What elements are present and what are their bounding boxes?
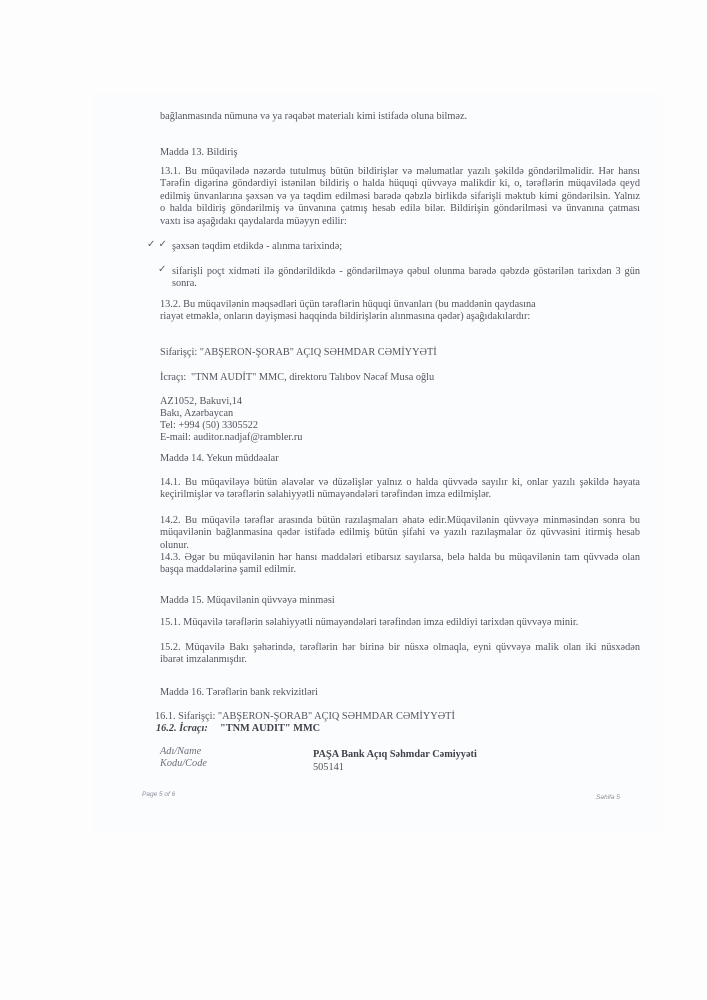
bank-name-label: Adı/Name <box>160 746 201 759</box>
article-14-2-paragraph: 14.2. Bu müqavilə tərəflər arasında bütü… <box>160 515 640 552</box>
bank-name-value: PAŞA Bank Açıq Səhmdar Cəmiyyəti <box>313 749 477 762</box>
contractor-label: İcraçı: <box>160 372 186 385</box>
bank-customer-line: 16.1. Sifarişçi: "ABŞERON-ŞORAB" AÇIQ SƏ… <box>155 711 455 724</box>
article-13-2-paragraph: 13.2. Bu müqavilənin məqsədləri üçün tər… <box>160 299 590 324</box>
article-15-heading: Maddə 15. Müqavilənin qüvvəyə minməsi <box>160 595 335 608</box>
bullet-item: sifarişli poçt xidməti ilə göndərildikdə… <box>172 266 640 291</box>
text-line: müqavilənin bağlanmasina qədər istifadə … <box>160 527 640 539</box>
text-line: 13.2. Bu müqavilənin məqsədləri üçün tər… <box>160 299 590 311</box>
bank-code-label: Kodu/Code <box>160 758 207 771</box>
text-line: başqa maddələrinə şamil edilmir. <box>160 564 640 576</box>
article-13-1-paragraph: 13.1. Bu müqavilədə nəzərdə tutulmuş büt… <box>160 166 640 228</box>
contractor-line: "TNM AUDİT" MMC, direktoru Talıbov Nəcəf… <box>191 372 434 385</box>
article-14-heading: Maddə 14. Yekun müddəalar <box>160 453 279 466</box>
document-page: bağlanmasında nümunə və ya rəqabət mater… <box>0 0 707 1000</box>
bank-contractor-name: "TNM AUDIT" MMC <box>220 723 320 736</box>
checkmark-icon: ✓ <box>158 264 166 275</box>
email-line: E-mail: auditor.nadjaf@rambler.ru <box>160 432 302 445</box>
customer-line: Sifarişçi: "ABŞERON-ŞORAB" AÇIQ SƏHMDAR … <box>160 347 437 360</box>
text-line: sonra. <box>172 278 640 290</box>
page-footer-left: Page 5 of 6 <box>142 791 175 798</box>
bank-contractor-label: 16.2. İcraçı: <box>156 723 208 736</box>
article-15-1-paragraph: 15.1. Müqavilə tərəflərin səlahiyyətli n… <box>160 617 578 630</box>
checkmark-icon: ✓ ✓ <box>147 239 167 250</box>
page-footer-right: Səhifə 5 <box>596 794 620 801</box>
text-line: riayət etməklə, onların dəyişməsi haqqin… <box>160 311 590 323</box>
address-line: Bakı, Azərbaycan <box>160 408 233 421</box>
article-14-1-paragraph: 14.1. Bu müqaviləyə bütün əlavələr və dü… <box>160 477 640 502</box>
article-15-2-paragraph: 15.2. Müqavilə Bakı şəhərində, tərəfləri… <box>160 642 640 667</box>
text-line: sifarişli poçt xidməti ilə göndərildikdə… <box>172 266 640 278</box>
article-14-3-paragraph: 14.3. Əgər bu müqavilənin hər hansı madd… <box>160 552 640 577</box>
bank-code-value: 505141 <box>313 762 344 775</box>
article-16-heading: Maddə 16. Tərəflərin bank rekvizitləri <box>160 687 318 700</box>
text-line: 14.2. Bu müqavilə tərəflər arasında bütü… <box>160 515 640 527</box>
text-line: olunur. <box>160 540 640 552</box>
text-line: Tərəfin digərinə göndərdiyi istənilən bi… <box>160 178 640 190</box>
article-13-heading: Maddə 13. Bildiriş <box>160 147 238 160</box>
text-line: vaxtı isə aşağıdakı qaydalarda müəyyn ed… <box>160 216 640 228</box>
text-line: 15.2. Müqavilə Bakı şəhərində, tərəfləri… <box>160 642 640 654</box>
intro-line: bağlanmasında nümunə və ya rəqabət mater… <box>160 111 467 124</box>
text-line: ibarət imzalanmışdır. <box>160 654 640 666</box>
address-line: AZ1052, Bakuvi,14 <box>160 396 242 409</box>
text-line: keçirilmişlər və tərəflərin səlahiyyətli… <box>160 489 640 501</box>
text-line: edilmiş ünvanlarına şəxsən və ya təqdim … <box>160 191 640 203</box>
bullet-item: şəxsən təqdim etdikdə - alınma tarixində… <box>172 241 342 254</box>
text-line: 13.1. Bu müqavilədə nəzərdə tutulmuş büt… <box>160 166 640 178</box>
text-line: o halda bildiriş göndərilmiş və ünvanına… <box>160 203 640 215</box>
phone-line: Tel: +994 (50) 3305522 <box>160 420 258 433</box>
text-line: 14.3. Əgər bu müqavilənin hər hansı madd… <box>160 552 640 564</box>
text-line: 14.1. Bu müqaviləyə bütün əlavələr və dü… <box>160 477 640 489</box>
